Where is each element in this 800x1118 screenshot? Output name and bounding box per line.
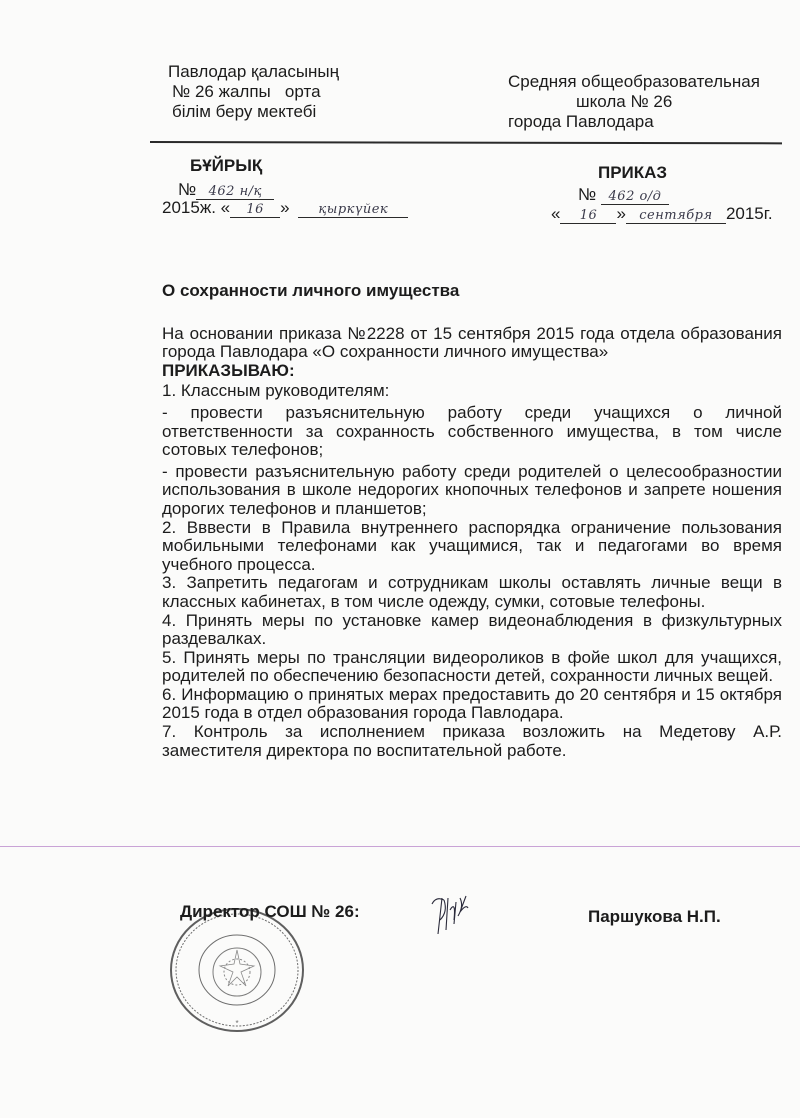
school-name-kz: Павлодар қаласының № 26 жалпы орта білім… <box>168 62 339 122</box>
page-separator <box>0 846 800 847</box>
number-sign: № <box>578 185 596 204</box>
order-item-7: 7. Контроль за исполнением приказа возло… <box>162 723 782 760</box>
day-suffix-kz: » <box>280 198 289 217</box>
order-basis: На основании приказа №2228 от 15 сентябр… <box>162 325 782 362</box>
order-directive-word: ПРИКАЗЫВАЮ: <box>162 362 782 381</box>
year-prefix-kz: 2015ж. « <box>162 198 230 217</box>
order-item-1a: - провести разъяснительную работу среди … <box>162 404 782 460</box>
handwritten-number-ru: 462 о/д <box>601 189 669 205</box>
order-item-4: 4. Принять меры по установке камер видео… <box>162 612 782 649</box>
handwritten-month-kz: қыркүйек <box>298 202 408 218</box>
order-subject: О сохранности личного имущества <box>162 282 782 301</box>
order-title-ru: ПРИКАЗ <box>598 163 667 183</box>
handwritten-day-ru: 16 <box>560 208 616 224</box>
order-item-1: 1. Классным руководителям: <box>162 382 782 401</box>
school-name-kz-line3: білім беру мектебі <box>168 102 339 122</box>
svg-text:*: * <box>235 1019 238 1028</box>
official-stamp-icon: * <box>168 906 306 1034</box>
header-divider <box>150 141 782 144</box>
director-title: Директор СОШ № 26: <box>180 902 360 922</box>
order-title-kz: БҰЙРЫҚ <box>190 156 262 176</box>
handwritten-month-ru: сентября <box>626 208 726 224</box>
year-suffix-ru: 2015г. <box>726 204 773 223</box>
order-number-ru: № 462 о/д <box>578 185 669 205</box>
handwritten-day-kz: 16 <box>230 202 280 218</box>
school-name-ru-line3: города Павлодара <box>508 112 798 132</box>
school-name-ru-line2: школа № 26 <box>508 92 798 112</box>
number-sign: № <box>178 180 196 199</box>
director-name: Паршукова Н.П. <box>588 907 721 927</box>
school-name-kz-line1: Павлодар қаласының <box>168 62 339 82</box>
order-number-kz: №462 н/қ <box>178 180 274 200</box>
school-name-ru: Средняя общеобразовательная школа № 26 г… <box>508 72 798 132</box>
order-item-6: 6. Информацию о принятых мерах предостав… <box>162 686 782 723</box>
order-item-5: 5. Принять меры по трансляции видеоролик… <box>162 649 782 686</box>
order-date-kz: 2015ж. «16» қыркүйек <box>162 198 408 218</box>
order-item-3: 3. Запретить педагогам и сотрудникам шко… <box>162 574 782 611</box>
school-name-ru-line1: Средняя общеобразовательная <box>508 72 798 92</box>
date-open-quote: « <box>551 204 560 223</box>
date-close-quote: » <box>616 204 625 223</box>
order-item-1b: - провести разъяснительную работу среди … <box>162 463 782 519</box>
order-body: О сохранности личного имущества На основ… <box>162 282 782 760</box>
order-item-2: 2. Вввести в Правила внутреннего распоря… <box>162 519 782 575</box>
school-name-kz-line2: № 26 жалпы орта <box>168 82 339 102</box>
order-date-ru: «16»сентября2015г. <box>551 204 773 224</box>
signature-icon <box>426 890 486 940</box>
